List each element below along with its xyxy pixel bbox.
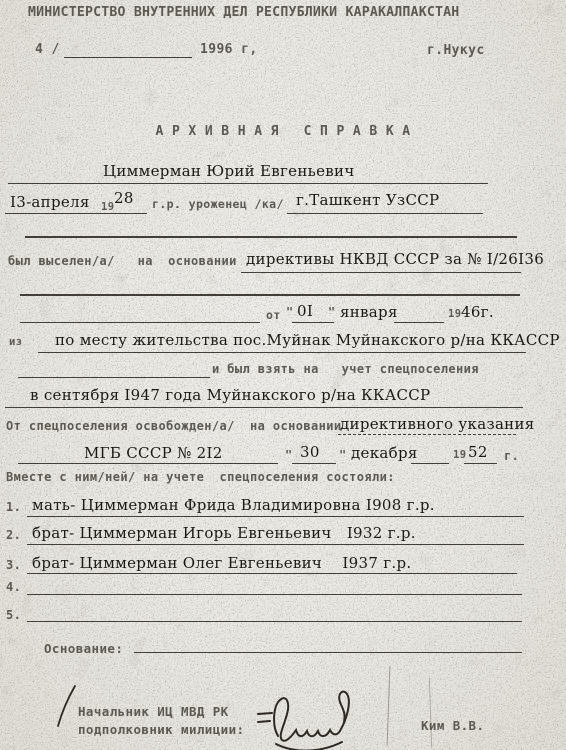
officer-title-line1: Начальник ИЦ МВД РК: [78, 704, 229, 719]
scanned-certificate-page: МИНИСТЕРСТВО ВНУТРЕННИХ ДЕЛ РЕСПУБЛИКИ К…: [0, 0, 566, 750]
reg-city: г.Нукус: [427, 43, 485, 58]
family-row-underline: [27, 594, 522, 595]
evicted-basis: директивы НКВД СССР за № I/26I36: [246, 250, 544, 268]
from-place: по месту жительства пос.Муйнак Муйнакско…: [55, 331, 560, 349]
eviction-day: 0I: [297, 302, 313, 320]
evicted-label: был выселен/а/ на основании: [8, 254, 237, 268]
release-month: декабря: [351, 444, 418, 462]
release-year-underline: [464, 463, 497, 464]
from-date-label: от: [266, 308, 281, 322]
register-value: в сентября I947 года Муйнакского р/на КК…: [30, 386, 430, 404]
release-day: 30: [300, 443, 320, 461]
basis-label: Основание:: [44, 641, 123, 656]
release-basis2: МГБ СССР № 2I2: [84, 444, 223, 462]
pen-mark: [387, 666, 391, 746]
release-quote-open: ": [285, 448, 293, 462]
release-year-preprint: 19: [453, 449, 466, 461]
reg-year: 1996 г,: [200, 42, 258, 57]
ministry-header: МИНИСТЕРСТВО ВНУТРЕННИХ ДЕЛ РЕСПУБЛИКИ К…: [28, 5, 459, 20]
family-row-text: брат- Циммерман Олег Евгеньевич I937 г.р…: [32, 554, 411, 572]
family-label: Вместе с ним/ней/ на учете спецпоселения…: [6, 470, 395, 484]
from-place-underline: [38, 352, 526, 353]
family-row-text: брат- Циммерман Игорь Евгеньевич I932 г.…: [32, 524, 416, 542]
birth-place-underline: [287, 213, 483, 214]
eviction-month: января: [340, 303, 398, 321]
release-basis: директивного указания: [340, 415, 535, 433]
release-basis-underline: [338, 434, 516, 435]
register-value-underline: [5, 407, 523, 408]
eviction-month-underline: [394, 322, 444, 323]
birth-label: г.р. уроженец /ка/: [152, 197, 284, 211]
family-row-underline: [27, 516, 524, 517]
eviction-day-underline: [292, 322, 334, 323]
release-year: 52: [468, 443, 488, 461]
family-row-num: 4.: [6, 580, 21, 594]
family-row-num: 2.: [6, 528, 21, 542]
release-month-underline: [411, 463, 449, 464]
person-name: Циммерман Юрий Евгеньевич: [103, 162, 355, 180]
family-row-num: 5.: [6, 608, 21, 622]
release-day-underline: [292, 463, 336, 464]
family-row-underline: [27, 621, 522, 622]
register-label: и был взять на учет спецпоселения: [212, 362, 479, 376]
reg-number-prefix: 4 /: [35, 42, 60, 57]
family-row-num: 1.: [6, 500, 21, 514]
eviction-year: 46г.: [461, 303, 494, 321]
basis-underline: [134, 652, 522, 653]
evicted-basis-underline: [241, 272, 521, 273]
from-place-label: из: [9, 336, 22, 348]
blank-line-before-date: [20, 322, 260, 323]
birth-place: г.Ташкент УзССР: [296, 191, 439, 209]
release-label: От спецпоселения освобожден/а/ на основа…: [6, 419, 341, 433]
family-row-underline: [27, 573, 517, 574]
family-row-num: 3.: [6, 558, 21, 572]
pen-mark: [429, 678, 433, 748]
document-title: А Р Х И В Н А Я С П Р А В К А: [0, 124, 566, 139]
officer-title-line2: подполковник милиции:: [78, 722, 244, 737]
birth-year-preprint: 19: [101, 201, 114, 213]
release-year-suffix: г.: [504, 449, 519, 463]
family-row-underline: [27, 544, 524, 545]
birth-date: I3-апреля: [10, 193, 90, 211]
blank-rule-1: [25, 236, 517, 238]
birth-year: 28: [114, 189, 134, 207]
blank-rule-2: [20, 294, 520, 296]
release-basis2-underline: [18, 463, 278, 464]
quote-close: ": [328, 305, 336, 319]
family-row-text: мать- Циммерман Фрида Владимировна I908 …: [32, 496, 435, 514]
birth-year-underline: [100, 213, 147, 214]
release-quote-close: ": [339, 448, 347, 462]
blank-line-before-register: [18, 377, 210, 378]
reg-number-blank-line: [64, 57, 192, 58]
eviction-year-preprint: 19: [448, 308, 461, 320]
quote-open: ": [286, 305, 294, 319]
person-name-underline: [8, 183, 488, 184]
